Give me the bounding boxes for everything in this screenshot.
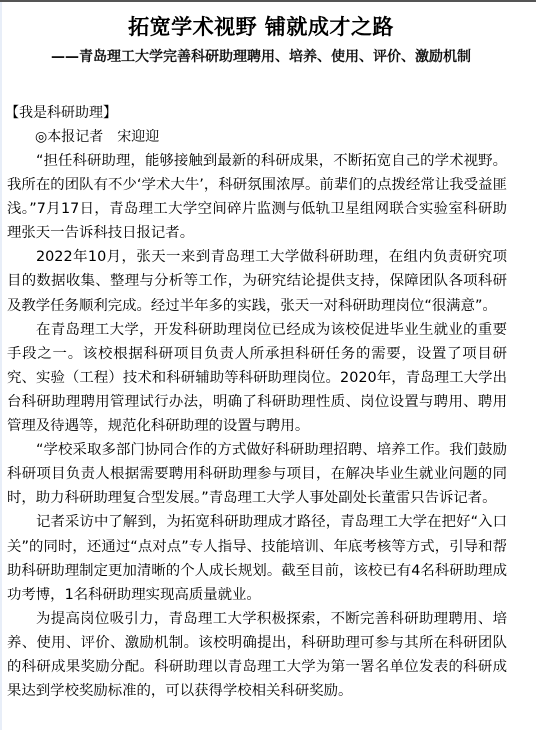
article-paragraph-6: 为提高岗位吸引力，青岛理工大学积极探索，不断完善科研助理聘用、培养、使用、评价、… (7, 607, 507, 703)
reporter-byline: ◎本报记者 宋迎迎 (7, 125, 507, 149)
article-title: 拓宽学术视野 铺就成才之路 (0, 0, 522, 42)
article-paragraph-5: 记者采访中了解到，为拓宽科研助理成才路径，青岛理工大学在把好“入口关”的同时，还… (7, 510, 507, 606)
section-heading: 【我是科研助理】 (5, 101, 507, 125)
left-edge-strip (0, 2, 2, 730)
article-paragraph-4: “学校采取多部门协同合作的方式做好科研助理招聘、培养工作。我们鼓励科研项目负责人… (7, 438, 507, 510)
article-paragraph-2: 2022年10月，张天一来到青岛理工大学做科研助理，在组内负责研究项目的数据收集… (7, 245, 507, 317)
article-subtitle: ——青岛理工大学完善科研助理聘用、培养、使用、评价、激励机制 (0, 46, 522, 68)
article-paragraph-1: “担任科研助理，能够接触到最新的科研成果，不断拓宽自己的学术视野。我所在的团队有… (7, 149, 507, 245)
news-article: 拓宽学术视野 铺就成才之路 ——青岛理工大学完善科研助理聘用、培养、使用、评价、… (7, 0, 507, 703)
article-paragraph-3: 在青岛理工大学，开发科研助理岗位已经成为该校促进毕业生就业的重要手段之一。该校根… (7, 318, 507, 438)
